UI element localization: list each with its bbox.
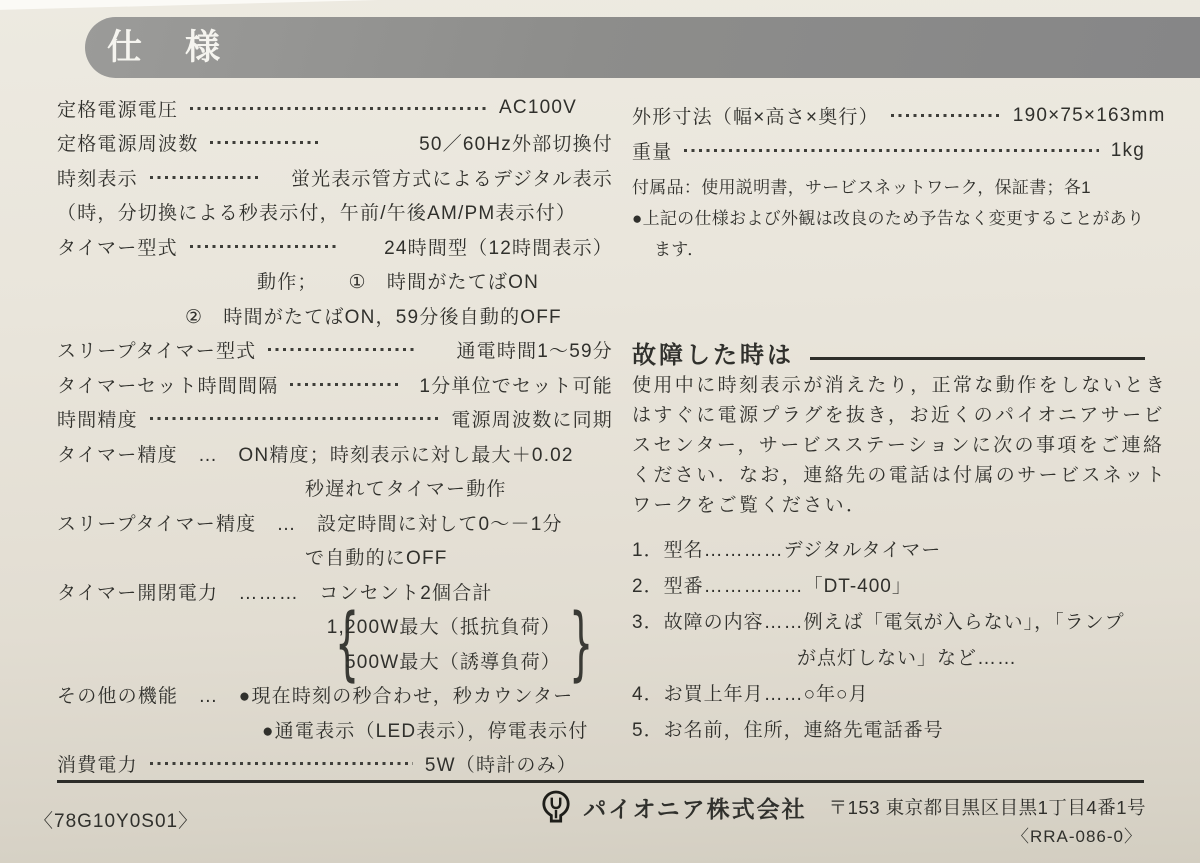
- spec-label: スリープタイマー型式: [57, 336, 256, 363]
- spec-label: 外形寸法（幅×高さ×奥行）: [632, 102, 879, 129]
- doc-code-right: 〈RRA-086-0〉: [1012, 822, 1142, 847]
- spec-row: 時刻表示 蛍光表示管方式によるデジタル表示: [57, 160, 613, 195]
- spec-continuation-line: （時，分切換による秒表示付，午前/午後AM/PM表示付）: [57, 195, 613, 230]
- curly-brace-right-icon: }: [569, 603, 594, 683]
- spec-row: 消費電力 5W（時計のみ）: [57, 747, 613, 782]
- spec-value: 190×75×163mm: [1013, 105, 1166, 127]
- spec-value: 50／60Hz外部切換付: [419, 129, 613, 156]
- paragraph-line: 使用中に時刻表示が消えたり，正常な動作をしないとき: [632, 368, 1145, 398]
- spec-label: タイマーセット時間間隔: [57, 371, 278, 398]
- accessories-note: 付属品：使用説明書，サービスネットワーク，保証書；各1 ●上記の仕様および外観は…: [632, 170, 1145, 263]
- spec-label: 時刻表示: [57, 164, 138, 191]
- paragraph-line: はすぐに電源プラグを抜き，お近くのパイオニアサービ: [632, 398, 1145, 428]
- dotted-leader: [150, 417, 440, 420]
- power-rating-line: 1,200W最大（抵抗負荷）: [357, 609, 561, 644]
- dotted-leader: [684, 149, 1098, 152]
- note-line: ます．: [632, 232, 1145, 263]
- specs-left-column: 定格電源電圧 AC100V 定格電源周波数 50／60Hz外部切換付 時刻表示 …: [57, 91, 613, 781]
- spec-label: タイマー型式: [57, 233, 178, 260]
- power-rating-line: 500W最大（誘導負荷）: [357, 643, 561, 678]
- spec-continuation-line: で自動的にOFF: [57, 540, 613, 575]
- scanned-manual-page: 仕 様 定格電源電圧 AC100V 定格電源周波数 50／60Hz外部切換付 時…: [0, 0, 1200, 863]
- spec-continuation-line: ●通電表示（LED表示），停電表示付: [57, 712, 613, 747]
- spec-label: 重量: [632, 137, 672, 164]
- list-item: 3．故障の内容……例えば「電気が入らない」，「ランプ: [632, 602, 1145, 638]
- spec-value: 電源周波数に同期: [451, 405, 613, 432]
- spec-row: スリープタイマー精度 … 設定時間に対して0～－1分: [57, 505, 613, 540]
- spec-row: 定格電源周波数 50／60Hz外部切換付: [57, 126, 613, 161]
- trouble-section-header: 故障した時は: [632, 335, 1145, 370]
- contact-checklist: 1．型名…………デジタルタイマー 2．型番……………「DT-400」 3．故障の…: [632, 530, 1145, 746]
- page-title: 仕 様: [107, 30, 224, 65]
- list-item-continuation: が点灯しない」など……: [632, 638, 1145, 674]
- section-title: 故障した時は: [632, 335, 794, 370]
- note-line: 付属品：使用説明書，サービスネットワーク，保証書；各1: [632, 170, 1145, 201]
- pioneer-tuning-fork-logo-icon: [541, 790, 571, 824]
- note-line: ●上記の仕様および外観は改良のため予告なく変更することがあり: [632, 201, 1145, 232]
- paragraph-line: ワークをご覧ください．: [632, 488, 1145, 518]
- dotted-leader: [891, 114, 1001, 117]
- specs-right-column: 外形寸法（幅×高さ×奥行） 190×75×163mm 重量 1kg 付属品：使用…: [632, 0, 1145, 863]
- doc-code-left: 〈78G10Y0S01〉: [34, 806, 198, 833]
- spec-continuation-line: 秒遅れてタイマー動作: [57, 471, 613, 506]
- spec-value: 5W（時計のみ）: [425, 750, 577, 777]
- paragraph-line: ください．なお，連絡先の電話は付属のサービスネット: [632, 458, 1145, 488]
- dotted-leader: [190, 245, 340, 248]
- spec-continuation-line: ② 時間がたてばON，59分後自動的OFF: [57, 298, 613, 333]
- spec-row: スリープタイマー型式 通電時間1～59分: [57, 333, 613, 368]
- list-item: 2．型番……………「DT-400」: [632, 566, 1145, 602]
- footer-company-name: パイオニア株式会社: [583, 791, 806, 824]
- spec-value: 通電時間1～59分: [456, 336, 613, 363]
- spec-value: 蛍光表示管方式によるデジタル表示: [291, 164, 613, 191]
- dotted-leader: [268, 348, 418, 351]
- dotted-leader: [190, 107, 487, 110]
- spec-row: タイマー型式 24時間型（12時間表示）: [57, 229, 613, 264]
- dotted-leader: [290, 383, 400, 386]
- dotted-leader: [150, 176, 260, 179]
- spec-value: AC100V: [499, 97, 577, 119]
- footer-rule: [57, 780, 1144, 783]
- spec-label: 消費電力: [57, 750, 138, 777]
- trouble-paragraph: 使用中に時刻表示が消えたり，正常な動作をしないとき はすぐに電源プラグを抜き，お…: [632, 368, 1145, 518]
- list-item: 5．お名前，住所，連絡先電話番号: [632, 710, 1145, 746]
- spec-continuation-line: 動作； ① 時間がたてばON: [57, 264, 613, 299]
- spec-value: 24時間型（12時間表示）: [384, 233, 613, 260]
- spec-row: 外形寸法（幅×高さ×奥行） 190×75×163mm: [632, 98, 1145, 133]
- list-item: 1．型名…………デジタルタイマー: [632, 530, 1145, 566]
- spec-row: 時間精度 電源周波数に同期: [57, 402, 613, 437]
- spec-label: 定格電源電圧: [57, 95, 178, 122]
- spec-value: 1kg: [1111, 140, 1145, 162]
- spec-row: 定格電源電圧 AC100V: [57, 91, 613, 126]
- spec-row: タイマーセット時間間隔 1分単位でセット可能: [57, 367, 613, 402]
- spec-row: 重量 1kg: [632, 133, 1145, 168]
- spec-label: 時間精度: [57, 405, 138, 432]
- footer: パイオニア株式会社 〒153 東京都目黒区目黒1丁目4番1号: [541, 790, 1146, 824]
- spec-label: 定格電源周波数: [57, 129, 198, 156]
- spec-value: 1分単位でセット可能: [419, 371, 613, 398]
- paragraph-line: スセンター，サービスステーションに次の事項をご連絡: [632, 428, 1145, 458]
- list-item: 4．お買上年月……○年○月: [632, 674, 1145, 710]
- section-underline: [810, 357, 1145, 360]
- power-rating-brace-block: { 1,200W最大（抵抗負荷） 500W最大（誘導負荷） }: [57, 609, 613, 678]
- dotted-leader: [210, 141, 320, 144]
- footer-address: 〒153 東京都目黒区目黒1丁目4番1号: [829, 794, 1146, 820]
- dotted-leader: [150, 762, 413, 765]
- spec-row: タイマー精度 … ON精度；時刻表示に対し最大＋0.02: [57, 436, 613, 471]
